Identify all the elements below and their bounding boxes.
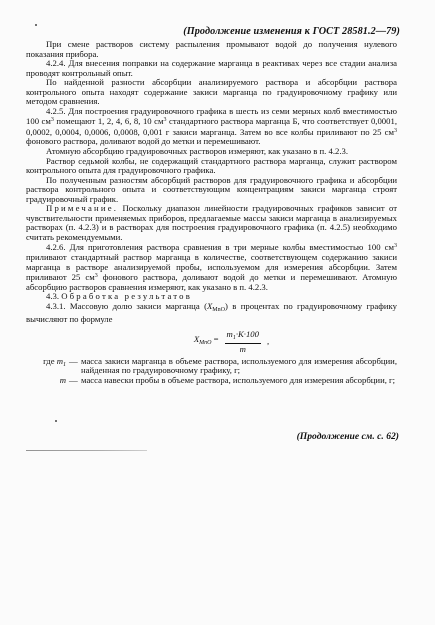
section-title: Обработка результатов [61, 291, 192, 301]
paragraph-build-graph: По полученным разностям абсорбций раство… [26, 176, 397, 205]
equals-sign: = [211, 334, 218, 344]
document-page: (Продолжение изменения к ГОСТ 28581.2—79… [0, 0, 435, 625]
formula-lhs: XMnO = [194, 335, 219, 349]
scan-speck [35, 24, 37, 26]
formula-fraction: m1·K·100 m [225, 329, 261, 354]
where-keyword: где [43, 356, 57, 366]
formula-numerator: m1·K·100 [225, 329, 261, 344]
formula-subscript: MnO [199, 340, 211, 346]
definition-text: масса навески пробы в объеме раствора, и… [81, 376, 397, 386]
subscript: MnO [212, 307, 225, 313]
text: помещают 1, 2, 4, 6, 8, 10 см [54, 116, 164, 126]
text: фонового раствора, доливают водой до мет… [26, 136, 260, 146]
paragraph-4-3-1: 4.3.1. Массовую долю закиси марганца (XM… [26, 302, 397, 325]
definition-m: m — масса навески пробы в объеме раствор… [26, 376, 397, 386]
continuation-footer: (Продолжение см. с. 62) [297, 431, 399, 442]
definitions-list: где m1 — масса закиси марганца в объеме … [26, 357, 397, 386]
subscript: 1 [63, 362, 66, 368]
definition-symbol: m [26, 376, 69, 386]
paragraph-spray-rinse: При смене растворов систему распыления п… [26, 40, 397, 59]
dash: — [69, 357, 81, 376]
scan-speck [55, 420, 57, 422]
text: 4.3.1. Массовую долю закиси марганца ( [46, 301, 207, 311]
superscript: 3 [394, 243, 397, 249]
definition-text: масса закиси марганца в объеме раствора,… [81, 357, 397, 376]
formula-comma: , [267, 337, 269, 347]
paragraph-4-2-5: 4.2.5. Для построения градуировочного гр… [26, 107, 397, 147]
definition-symbol: где m1 [26, 357, 69, 376]
note-label: Примечание. [46, 203, 118, 213]
paragraph-4-2-6: 4.2.6. Для приготовления раствора сравне… [26, 242, 397, 292]
section-number: 4.3. [46, 291, 61, 301]
numerator-rest: ·K·100 [236, 329, 259, 339]
document-body: При смене растворов систему распыления п… [26, 40, 397, 386]
paragraph-4-2-4: 4.2.4. Для внесения поправки на содержан… [26, 59, 397, 78]
continuation-header: (Продолжение изменения к ГОСТ 28581.2—79… [183, 26, 400, 37]
paragraph-difference: По найденной разности абсорбции анализир… [26, 78, 397, 107]
formula-mno: XMnO = m1·K·100 m , [26, 331, 397, 353]
paragraph-seventh-flask: Раствор седьмой колбы, не содержащий ста… [26, 157, 397, 176]
dash: — [69, 376, 81, 386]
superscript: 3 [394, 128, 397, 134]
definition-m1: где m1 — масса закиси марганца в объеме … [26, 357, 397, 376]
text: 4.2.6. Для приготовления раствора сравне… [46, 242, 394, 252]
symbol: m [60, 375, 66, 385]
formula-denominator: m [240, 344, 246, 354]
note-paragraph: Примечание. Поскольку диапазон линейност… [26, 204, 397, 242]
footnote-rule [26, 450, 147, 451]
